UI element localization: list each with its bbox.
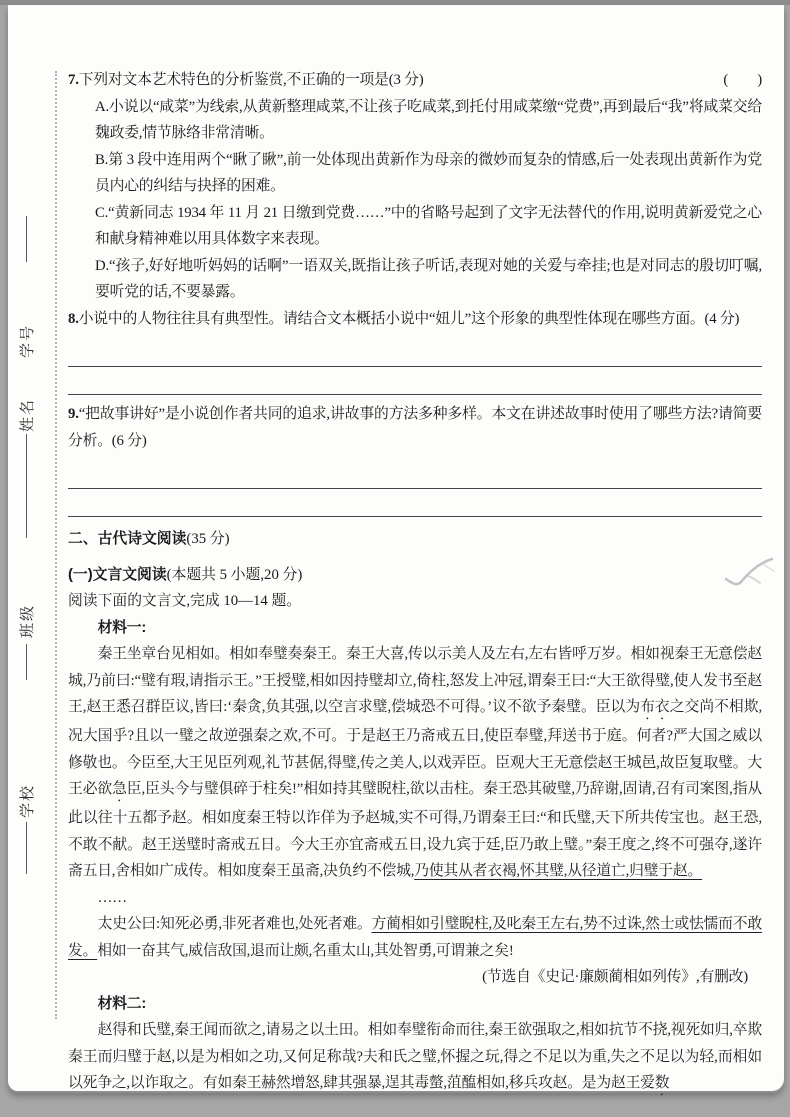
passage-instructions: 阅读下面的文言文,完成 10—14 题。 — [68, 588, 762, 615]
material-1-label: 材料一: — [68, 615, 762, 642]
class-writing-line — [26, 644, 27, 680]
exam-page: 学号 姓名 班级 学校 7.下列对文本艺术特色的分析鉴赏,不正确的一项是(3 分… — [8, 5, 784, 1091]
question-9-number: 9. — [68, 406, 79, 422]
material-2-paragraph: 赵得和氏璧,秦王闻而欲之,请易之以土田。相如奉璧衔命而往,秦王欲强取之,相如抗节… — [68, 1017, 762, 1099]
material-1-paragraph: 秦王坐章台见相如。相如奉璧奏秦王。秦王大喜,传以示美人及左右,左右皆呼万岁。相如… — [68, 641, 762, 885]
omission-ellipsis: …… — [68, 885, 762, 912]
option-d: D.“孩子,好好地听妈妈的话啊”一语双关,既指让孩子听话,表现对她的关爱与牵挂;… — [95, 253, 762, 306]
subsection-1-points: (本题共 5 小题,20 分) — [167, 567, 303, 583]
option-b-text: 第 3 段中连用两个“瞅了瞅”,前一处体现出黄新作为母亲的微妙而复杂的情感,后一… — [95, 152, 762, 195]
taishigong-comment-paragraph: 太史公曰:知死必勇,非死者难也,处死者难。方蔺相如引璧睨柱,及叱秦王左右,势不过… — [68, 911, 762, 964]
question-9: 9.“把故事讲好”是小说创作者共同的追求,讲故事的方法多种多样。本文在讲述故事时… — [68, 401, 762, 454]
student-id-writing-line — [26, 216, 27, 262]
binding-margin: 学号 姓名 班级 学校 — [8, 5, 64, 1091]
option-c: C.“黄新同志 1934 年 11 月 21 日缴到党费……”中的省略号起到了文… — [95, 200, 762, 253]
section-2-title: 二、古代诗文阅读 — [68, 531, 186, 547]
scanned-exam-sheet: { "sidebar": { "labels": ["学号", "姓名", "班… — [0, 0, 790, 1117]
answer-line — [68, 339, 762, 367]
question-9-answer-area — [68, 461, 762, 517]
question-7-text: 下列对文本艺术特色的分析鉴赏,不正确的一项是(3 分) — [79, 72, 424, 88]
question-8-answer-area — [68, 339, 762, 395]
emphasized-word-ji: 急 — [112, 781, 127, 797]
student-name-writing-line — [26, 434, 27, 538]
option-d-text: “孩子,好好地听妈妈的话啊”一语双关,既指让孩子听话,表现对她的关爱与牵挂;也是… — [95, 258, 762, 301]
question-7: 7.下列对文本艺术特色的分析鉴赏,不正确的一项是(3 分) ( ) — [68, 67, 762, 94]
answer-line — [68, 367, 762, 395]
student-id-label: 学号 — [16, 324, 37, 358]
class-blank: 班级 — [15, 604, 37, 794]
emphasized-word-shu: 数 — [655, 1075, 670, 1091]
option-c-label: C. — [95, 205, 108, 221]
student-name-label: 姓名 — [16, 398, 37, 432]
answer-line — [68, 461, 762, 489]
question-9-text: “把故事讲好”是小说创作者共同的追求,讲故事的方法多种多样。本文在讲述故事时使用… — [68, 406, 762, 449]
subsection-1-heading: (一)文言文阅读(本题共 5 小题,20 分) — [68, 562, 762, 589]
section-2-heading: 二、古代诗文阅读(35 分) — [68, 526, 762, 553]
option-a-text: 小说以“咸菜”为线索,从黄新整理咸菜,不让孩子吃咸菜,到托付用咸菜缴“党费”,再… — [95, 99, 762, 142]
taishigong-text: 太史公曰:知死必勇,非死者难也,处死者难。 — [98, 916, 372, 932]
section-2-points: (35 分) — [186, 531, 229, 547]
school-writing-line — [26, 822, 27, 874]
question-8-number: 8. — [68, 311, 79, 327]
material-2-label: 材料二: — [68, 991, 762, 1018]
question-8-text: 小说中的人物往往具有典型性。请结合文本概括小说中“妞儿”这个形象的典型性体现在哪… — [79, 311, 740, 327]
option-b-label: B. — [95, 152, 108, 168]
option-d-label: D. — [95, 258, 109, 274]
class-label: 班级 — [16, 604, 37, 638]
student-name-blank: 姓名 — [15, 398, 37, 588]
option-a-label: A. — [95, 99, 109, 115]
question-7-stem: 7.下列对文本艺术特色的分析鉴赏,不正确的一项是(3 分) — [68, 67, 709, 94]
student-id-blank: 学号 — [15, 168, 37, 358]
question-7-number: 7. — [68, 72, 79, 88]
school-blank: 学校 — [15, 784, 37, 974]
option-b: B.第 3 段中连用两个“瞅了瞅”,前一处体现出黄新作为母亲的微妙而复杂的情感,… — [95, 147, 762, 200]
taishigong-text: 相如一奋其气,威信敌国,退而让颇,名重太山,其处智勇,可谓兼之矣! — [97, 943, 513, 959]
answer-bracket: ( ) — [723, 67, 762, 94]
option-c-text: “黄新同志 1934 年 11 月 21 日缴到党费……”中的省略号起到了文字无… — [95, 205, 762, 248]
source-attribution: (节选自《史记·廉颇蔺相如列传》,有删改) — [68, 964, 762, 991]
subsection-1-title: (一)文言文阅读 — [68, 567, 167, 583]
underlined-translation-sentence-1: 乃使其从者衣褐,怀其璧,从径道亡,归璧于赵。 — [414, 863, 702, 879]
answer-line — [68, 489, 762, 517]
question-7-options: A.小说以“咸菜”为线索,从黄新整理咸菜,不让孩子吃咸菜,到托付用咸菜缴“党费”… — [68, 94, 762, 306]
question-8: 8.小说中的人物往往具有典型性。请结合文本概括小说中“妞儿”这个形象的典型性体现… — [68, 306, 762, 333]
emphasized-word-buyi: 布衣 — [640, 699, 670, 715]
option-a: A.小说以“咸菜”为线索,从黄新整理咸菜,不让孩子吃咸菜,到托付用咸菜缴“党费”… — [95, 94, 762, 147]
school-label: 学校 — [16, 784, 37, 818]
exam-content: 7.下列对文本艺术特色的分析鉴赏,不正确的一项是(3 分) ( ) A.小说以“… — [68, 67, 762, 1099]
perforation-dotted-line — [55, 71, 57, 1019]
